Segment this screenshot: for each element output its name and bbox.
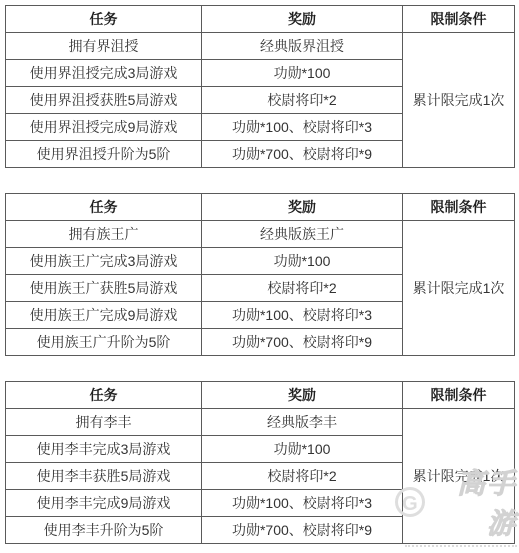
table-header-row: 任务 奖励 限制条件 [6, 6, 515, 33]
table-row: 拥有李丰 经典版李丰 累计限完成1次 [6, 409, 515, 436]
reward-cell: 功勋*100 [202, 60, 403, 87]
task-cell: 使用族王广获胜5局游戏 [6, 275, 202, 302]
column-header-reward: 奖励 [202, 194, 403, 221]
task-table-lifeng: 任务 奖励 限制条件 拥有李丰 经典版李丰 累计限完成1次 使用李丰完成3局游戏… [5, 381, 515, 544]
task-table-jiejushou: 任务 奖励 限制条件 拥有界沮授 经典版界沮授 累计限完成1次 使用界沮授完成3… [5, 5, 515, 168]
column-header-limit: 限制条件 [403, 6, 515, 33]
task-cell: 使用界沮授升阶为5阶 [6, 141, 202, 168]
task-cell: 拥有族王广 [6, 221, 202, 248]
reward-cell: 校尉将印*2 [202, 463, 403, 490]
reward-cell: 经典版族王广 [202, 221, 403, 248]
task-cell: 拥有界沮授 [6, 33, 202, 60]
reward-cell: 功勋*100、校尉将印*3 [202, 114, 403, 141]
task-cell: 使用界沮授完成9局游戏 [6, 114, 202, 141]
reward-cell: 校尉将印*2 [202, 275, 403, 302]
column-header-limit: 限制条件 [403, 382, 515, 409]
column-header-reward: 奖励 [202, 6, 403, 33]
column-header-task: 任务 [6, 6, 202, 33]
task-cell: 使用界沮授获胜5局游戏 [6, 87, 202, 114]
watermark-subline [405, 545, 517, 547]
task-cell: 使用族王广升阶为5阶 [6, 329, 202, 356]
reward-cell: 功勋*700、校尉将印*9 [202, 517, 403, 544]
task-table-zuwangguang: 任务 奖励 限制条件 拥有族王广 经典版族王广 累计限完成1次 使用族王广完成3… [5, 193, 515, 356]
reward-cell: 经典版李丰 [202, 409, 403, 436]
limit-cell: 累计限完成1次 [403, 221, 515, 356]
column-header-task: 任务 [6, 382, 202, 409]
page: 任务 奖励 限制条件 拥有界沮授 经典版界沮授 累计限完成1次 使用界沮授完成3… [0, 0, 519, 544]
reward-cell: 经典版界沮授 [202, 33, 403, 60]
table-row: 拥有界沮授 经典版界沮授 累计限完成1次 [6, 33, 515, 60]
task-cell: 拥有李丰 [6, 409, 202, 436]
table-header-row: 任务 奖励 限制条件 [6, 382, 515, 409]
reward-cell: 功勋*100、校尉将印*3 [202, 490, 403, 517]
column-header-limit: 限制条件 [403, 194, 515, 221]
task-cell: 使用李丰完成3局游戏 [6, 436, 202, 463]
task-cell: 使用李丰完成9局游戏 [6, 490, 202, 517]
limit-cell: 累计限完成1次 [403, 409, 515, 544]
reward-cell: 校尉将印*2 [202, 87, 403, 114]
reward-cell: 功勋*700、校尉将印*9 [202, 329, 403, 356]
reward-cell: 功勋*100 [202, 436, 403, 463]
table-header-row: 任务 奖励 限制条件 [6, 194, 515, 221]
reward-cell: 功勋*700、校尉将印*9 [202, 141, 403, 168]
reward-cell: 功勋*100、校尉将印*3 [202, 302, 403, 329]
limit-cell: 累计限完成1次 [403, 33, 515, 168]
task-cell: 使用界沮授完成3局游戏 [6, 60, 202, 87]
task-cell: 使用李丰升阶为5阶 [6, 517, 202, 544]
task-cell: 使用李丰获胜5局游戏 [6, 463, 202, 490]
column-header-reward: 奖励 [202, 382, 403, 409]
task-cell: 使用族王广完成9局游戏 [6, 302, 202, 329]
table-row: 拥有族王广 经典版族王广 累计限完成1次 [6, 221, 515, 248]
task-cell: 使用族王广完成3局游戏 [6, 248, 202, 275]
column-header-task: 任务 [6, 194, 202, 221]
reward-cell: 功勋*100 [202, 248, 403, 275]
